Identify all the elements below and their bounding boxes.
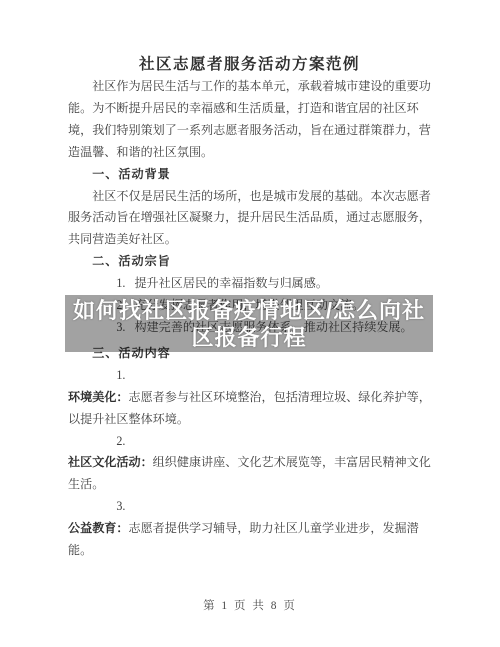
section2-heading: 二、活动宗旨 [68, 251, 431, 273]
section3-entry-3-number: 3. [68, 496, 431, 518]
section3-entry-2-paragraph: 社区文化活动：组织健康讲座、文化艺术展览等，丰富居民精神文化生活。 [68, 452, 431, 496]
entry-number: 2. [92, 431, 125, 453]
section3-entry-2-number: 2. [68, 431, 431, 453]
entry-number: 3. [92, 496, 125, 518]
headline-overlay-title[interactable]: 如何找社区报备疫情地区/怎么向社区报备行程 [65, 297, 433, 351]
entry-lead: 公益教育： [68, 521, 128, 535]
item-text: 提升社区居民的幸福指数与归属感。 [134, 276, 328, 290]
intro-paragraph: 社区作为居民生活与工作的基本单元，承载着城市建设的重要功能。为不断提升居民的幸福… [68, 76, 431, 164]
section3-entry-3-paragraph: 公益教育：志愿者提供学习辅导，助力社区儿童学业进步，发掘潜能。 [68, 518, 431, 562]
entry-number: 1. [92, 365, 125, 387]
document-content: 社区志愿者服务活动方案范例 社区作为居民生活与工作的基本单元，承载着城市建设的重… [68, 0, 431, 562]
page-number-footer: 第 1 页 共 8 页 [0, 597, 500, 613]
document-page: 社区志愿者服务活动方案范例 社区作为居民生活与工作的基本单元，承载着城市建设的重… [0, 0, 500, 647]
section2-item-1: 1.提升社区居民的幸福指数与归属感。 [68, 273, 431, 295]
entry-lead: 社区文化活动： [68, 455, 153, 469]
document-title: 社区志愿者服务活动方案范例 [68, 54, 431, 76]
section1-heading: 一、活动背景 [68, 164, 431, 186]
headline-overlay-banner: 如何找社区报备疫情地区/怎么向社区报备行程 [65, 295, 433, 352]
item-number: 1. [92, 273, 125, 295]
section1-body: 社区不仅是居民生活的场所，也是城市发展的基础。本次志愿者服务活动旨在增强社区凝聚… [68, 186, 431, 252]
section3-entry-1-paragraph: 环境美化：志愿者参与社区环境整治，包括清理垃圾、绿化养护等，以提升社区整体环境。 [68, 387, 431, 431]
entry-lead: 环境美化： [68, 390, 128, 404]
section3-entry-1-number: 1. [68, 365, 431, 387]
